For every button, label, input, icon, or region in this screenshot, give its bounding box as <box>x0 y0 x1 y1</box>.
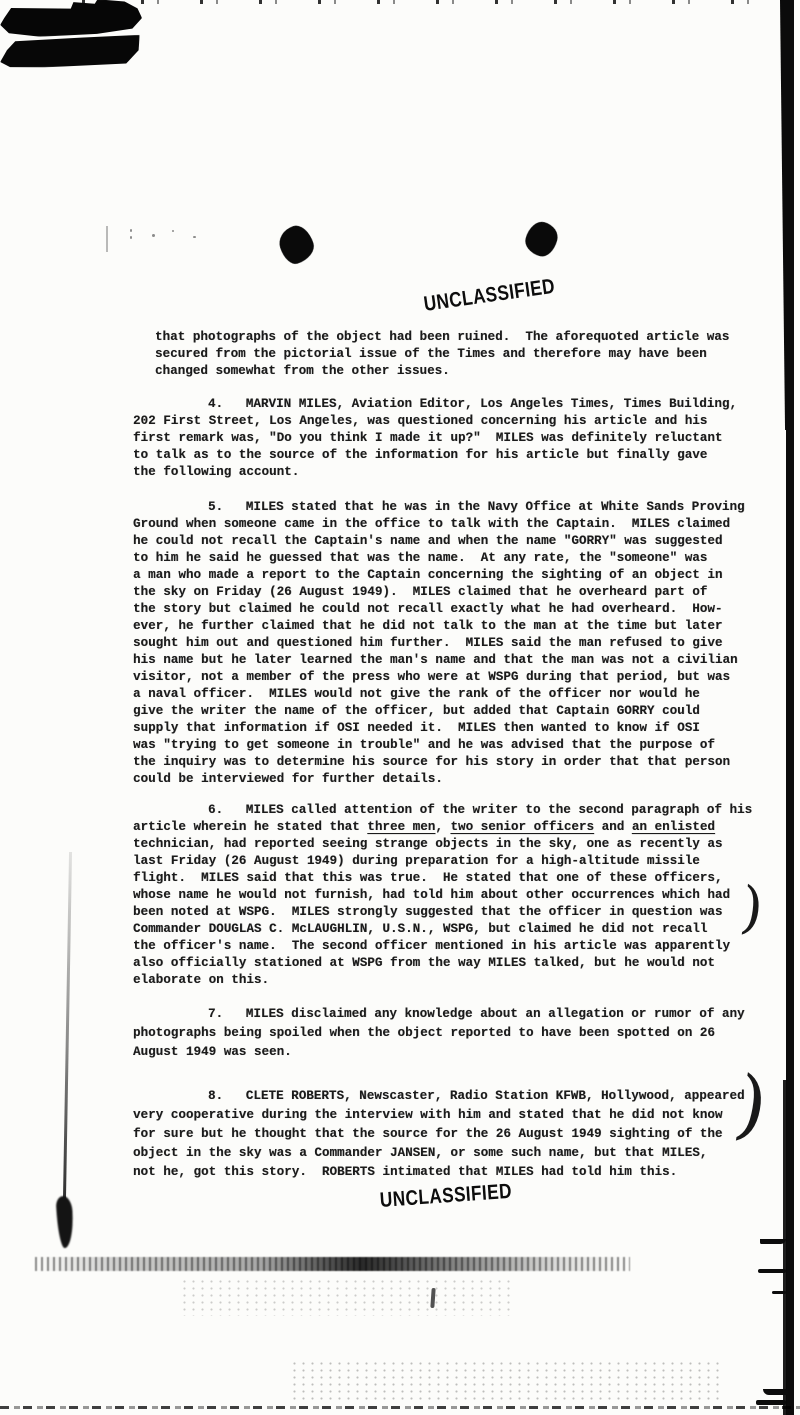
paragraph-5: 5. MILES stated that he was in the Navy … <box>133 499 765 788</box>
ink-blob-right <box>522 219 561 260</box>
paragraph-6-text: and <box>594 820 632 834</box>
underlined-phrase: two senior officers <box>450 820 594 834</box>
scan-edge-artifact-top <box>60 0 800 4</box>
scan-tick-mark <box>758 1269 786 1273</box>
redaction-mark-top <box>0 0 142 38</box>
redaction-mark-bottom <box>0 35 140 68</box>
scan-speckle-cloud <box>180 1278 510 1316</box>
pencil-dot <box>130 236 132 239</box>
paragraph-6-text: technician, had reported seeing strange … <box>133 837 730 987</box>
paragraph-4: 4. MARVIN MILES, Aviation Editor, Los An… <box>133 396 765 481</box>
unclassified-stamp-bottom: UNCLASSIFIED <box>379 1180 513 1213</box>
scanned-document-page: UNCLASSIFIED UNCLASSIFIED that photograp… <box>0 0 800 1415</box>
scan-fold-streak-blob <box>56 1196 75 1249</box>
paragraph-6: 6. MILES called attention of the writer … <box>133 802 765 989</box>
paragraph-6-text: , <box>435 820 450 834</box>
scan-edge-bar-right-top <box>780 0 787 430</box>
scan-tick-mark <box>772 1291 786 1294</box>
scan-edge-artifact-bottom <box>0 1406 800 1409</box>
scan-edge-bar-right <box>786 0 794 1415</box>
pencil-smudge <box>106 226 108 252</box>
scan-tick-mark <box>763 1389 788 1395</box>
scan-smudge-band <box>35 1257 630 1271</box>
pencil-dot <box>152 234 155 237</box>
underlined-phrase: an enlisted <box>632 820 715 834</box>
paragraph-8: 8. CLETE ROBERTS, Newscaster, Radio Stat… <box>133 1087 765 1182</box>
unclassified-stamp-top: UNCLASSIFIED <box>422 275 556 317</box>
ink-blob-left <box>275 222 318 267</box>
underlined-phrase: three men <box>367 820 435 834</box>
scan-speckle-cloud <box>290 1360 720 1402</box>
pencil-dot <box>172 230 174 232</box>
scan-edge-bar-right-bottom <box>783 1080 787 1415</box>
paragraph-7: 7. MILES disclaimed any knowledge about … <box>133 1005 765 1062</box>
pencil-dot <box>193 236 196 238</box>
pencil-dot <box>130 229 132 232</box>
scan-tick-mark <box>756 1400 786 1405</box>
handwritten-paren-mark-2: ) <box>729 1058 774 1151</box>
paragraph-continuation: that photographs of the object had been … <box>155 329 767 380</box>
scan-fold-streak <box>63 852 72 1200</box>
scan-tick-mark <box>760 1239 786 1244</box>
